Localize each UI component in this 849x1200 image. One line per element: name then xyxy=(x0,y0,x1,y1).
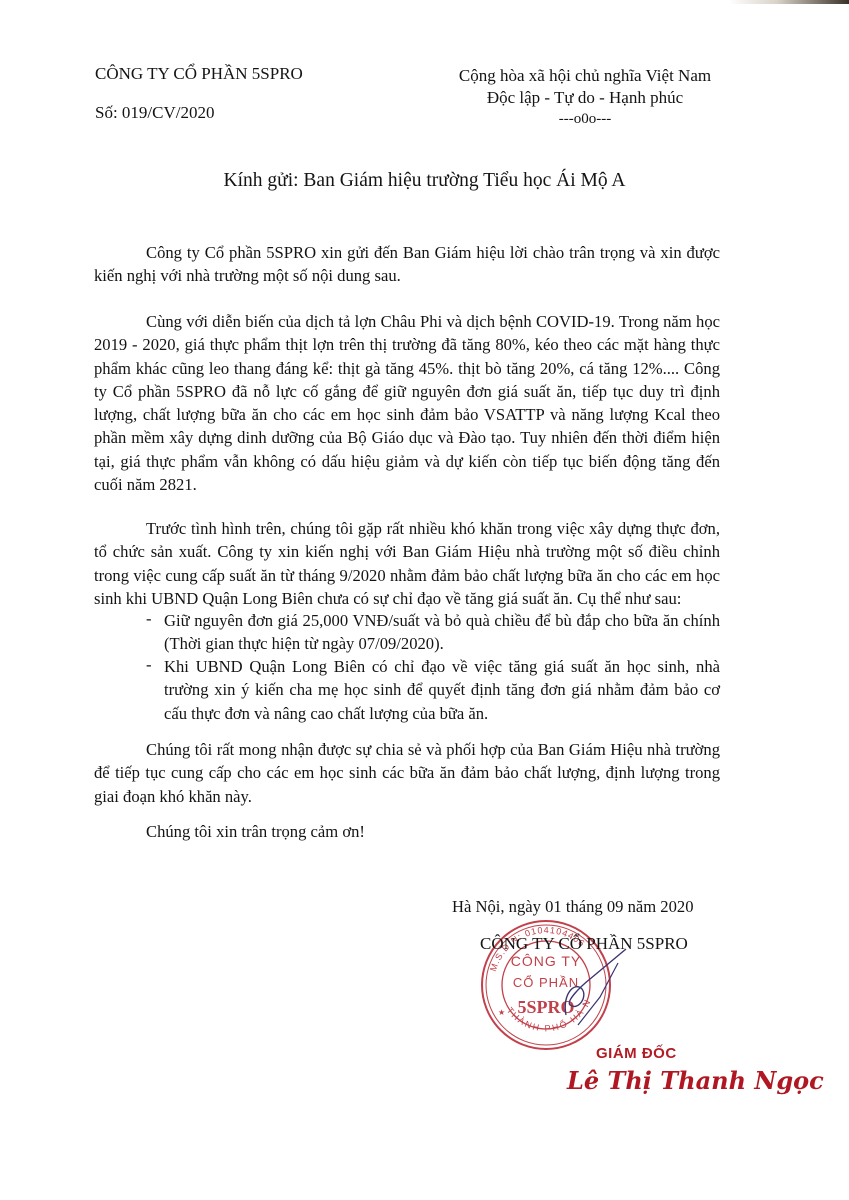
paragraph-line: Công ty Cổ phần 5SPRO xin gửi đến Ban Gi… xyxy=(94,241,720,264)
paragraph-line: trong việc cung cấp suất ăn từ tháng 9/2… xyxy=(94,564,720,587)
national-motto: Độc lập - Tự do - Hạnh phúc xyxy=(415,88,755,108)
company-name: CÔNG TY CỔ PHẦN 5SPRO xyxy=(95,64,303,84)
paragraph-line: Trước tình hình trên, chúng tôi gặp rất … xyxy=(94,517,720,540)
body-paragraph-context: Cùng với diễn biến của dịch tả lợn Châu … xyxy=(94,310,720,496)
paragraph-line: ty Cổ phần 5SPRO đã nỗ lực cố gắng để gi… xyxy=(94,380,720,403)
bullet-line: trường xin ý kiến cha mẹ học sinh để quy… xyxy=(164,678,720,701)
signer-name: Lê Thị Thanh Ngọc xyxy=(567,1066,824,1095)
bullet-marker: - xyxy=(146,655,152,675)
header-separator: ---o0o--- xyxy=(415,111,755,128)
paragraph-line: sinh khi UBND Quận Long Biên chưa có sự … xyxy=(94,587,720,610)
thanks-line: Chúng tôi xin trân trọng cảm ơn! xyxy=(146,822,365,842)
handwritten-signature-icon xyxy=(560,945,650,1035)
paragraph-line: phẩm khác cũng leo thang đáng kể: thịt g… xyxy=(94,357,720,380)
paragraph-line: tại, giá thực phẩm vẫn không có dấu hiệu… xyxy=(94,450,720,473)
paragraph-line: giai đoạn khó khăn này. xyxy=(94,785,720,808)
paragraph-line: Chúng tôi rất mong nhận được sự chia sẻ … xyxy=(94,738,720,761)
place-date: Hà Nội, ngày 01 tháng 09 năm 2020 xyxy=(452,897,694,917)
bullet-line: Khi UBND Quận Long Biên có chỉ đạo về vi… xyxy=(164,655,720,678)
bullet-marker: - xyxy=(146,609,152,629)
paragraph-line: Cùng với diễn biến của dịch tả lợn Châu … xyxy=(94,310,720,333)
document-number: Số: 019/CV/2020 xyxy=(95,103,215,123)
paragraph-line: lượng, chất lượng bữa ăn cho các em học … xyxy=(94,403,720,426)
body-paragraph-proposal: Trước tình hình trên, chúng tôi gặp rất … xyxy=(94,517,720,610)
bullet-item-price-increase: Khi UBND Quận Long Biên có chỉ đạo về vi… xyxy=(164,655,720,725)
paragraph-line: tổ chức sản xuất. Công ty xin kiến nghị … xyxy=(94,540,720,563)
scan-edge-shadow xyxy=(729,0,849,4)
paragraph-line: để tiếp tục cung cấp cho các em học sinh… xyxy=(94,761,720,784)
national-title: Cộng hòa xã hội chủ nghĩa Việt Nam xyxy=(415,66,755,86)
body-paragraph-closing: Chúng tôi rất mong nhận được sự chia sẻ … xyxy=(94,738,720,808)
signer-title: GIÁM ĐỐC xyxy=(596,1045,677,1062)
body-paragraph-intro: Công ty Cổ phần 5SPRO xin gửi đến Ban Gi… xyxy=(94,241,720,288)
bullet-line: Giữ nguyên đơn giá 25,000 VNĐ/suất và bỏ… xyxy=(164,609,720,632)
salutation: Kính gửi: Ban Giám hiệu trường Tiểu học … xyxy=(0,170,849,192)
bullet-line: (Thời gian thực hiện từ ngày 07/09/2020)… xyxy=(164,632,720,655)
paragraph-line: 2019 - 2020, giá thực phẩm thịt lợn trên… xyxy=(94,333,720,356)
bullet-item-keep-price: Giữ nguyên đơn giá 25,000 VNĐ/suất và bỏ… xyxy=(164,609,720,656)
bullet-line: cấu thực đơn và nâng cao chất lượng của … xyxy=(164,702,720,725)
paragraph-line: phần mềm xây dựng dinh dưỡng của Bộ Giáo… xyxy=(94,426,720,449)
paragraph-line: cuối năm 2821. xyxy=(94,473,720,496)
paragraph-line: kiến nghị với nhà trường một số nội dung… xyxy=(94,264,720,287)
